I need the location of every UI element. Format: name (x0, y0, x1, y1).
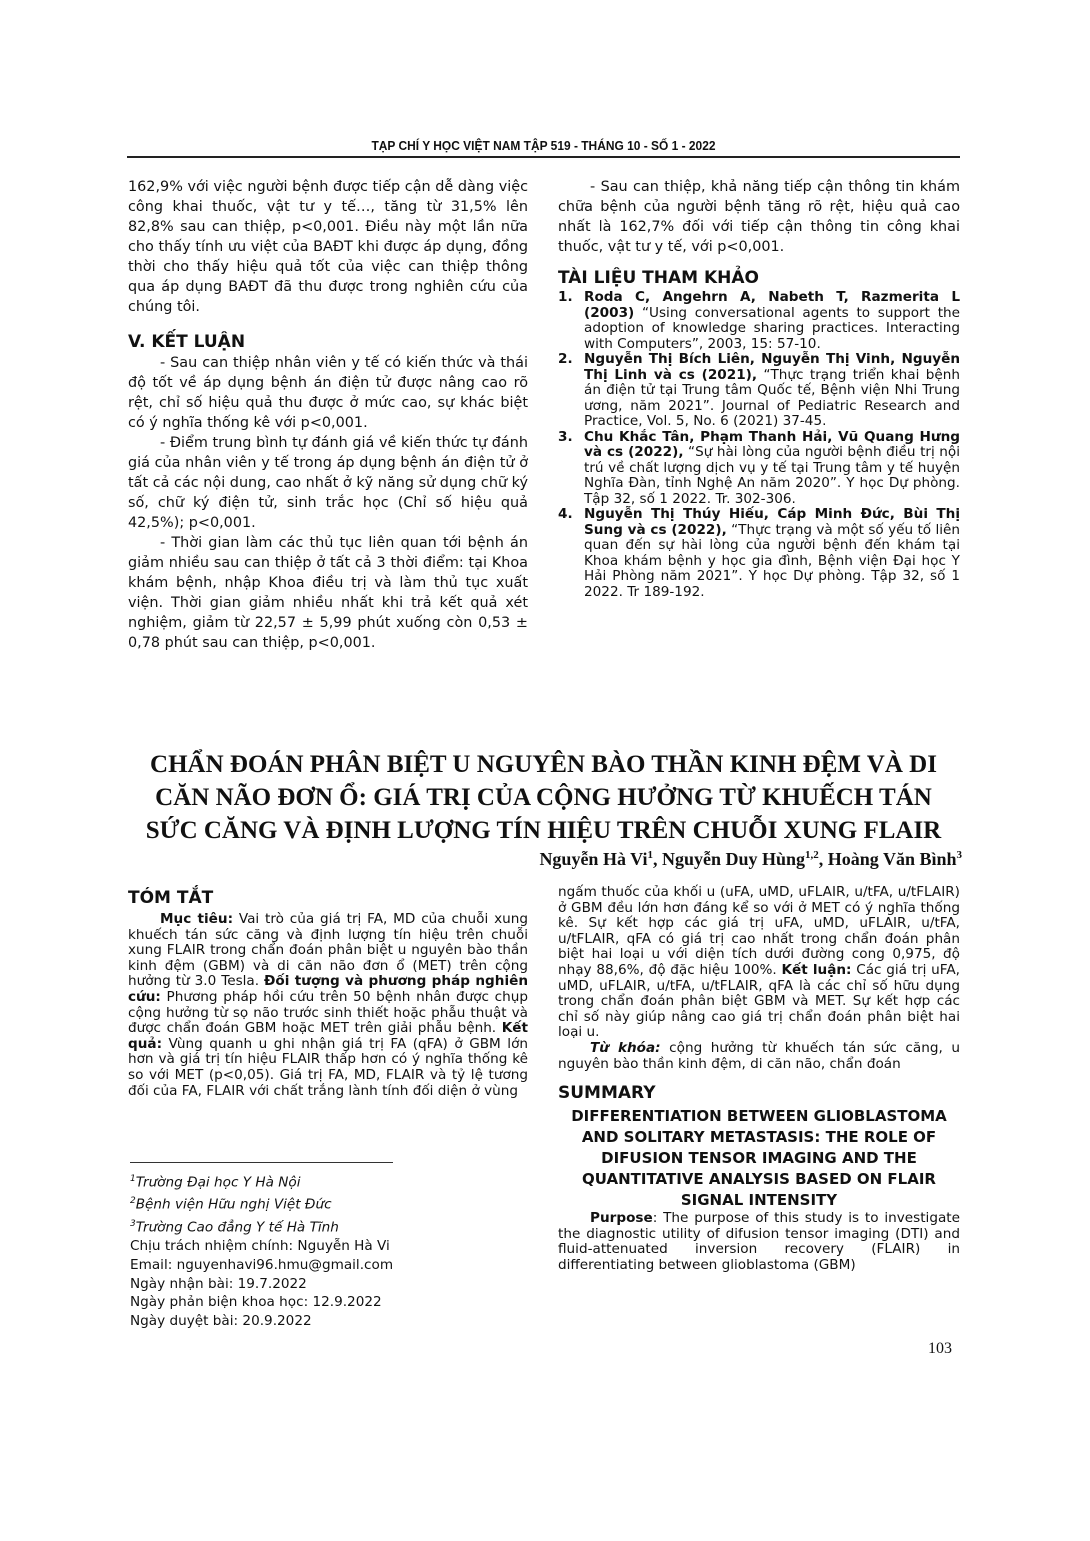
keywords-paragraph: Từ khóa: cộng hưởng từ khuếch tán sức că… (558, 1041, 960, 1072)
abstract-paragraph: Mục tiêu: Vai trò của giá trị FA, MD của… (128, 912, 528, 1099)
reference-item: 4.Nguyễn Thị Thúy Hiếu, Cáp Minh Đức, Bù… (558, 507, 960, 600)
reference-item: 1.Roda C, Angehrn A, Nabeth T, Razmerita… (558, 290, 960, 352)
upper-right-column: - Sau can thiệp, khả năng tiếp cận thông… (558, 177, 960, 600)
header-rule (127, 156, 960, 158)
reviewed-date: Ngày phản biện khoa học: 12.9.2022 (130, 1293, 530, 1312)
summary-purpose-paragraph: Purpose: The purpose of this study is to… (558, 1211, 960, 1273)
affiliation-marker: 3 (957, 849, 963, 861)
summary-heading: SUMMARY (558, 1082, 960, 1104)
article-title: CHẨN ĐOÁN PHÂN BIỆT U NGUYÊN BÀO THẦN KI… (127, 748, 960, 847)
affiliation-1: 1Trường Đại học Y Hà Nội (130, 1170, 530, 1192)
affiliation-3: 3Trường Cao đẳng Y tế Hà Tĩnh (130, 1215, 530, 1237)
references-list: 1.Roda C, Angehrn A, Nabeth T, Razmerita… (558, 290, 960, 600)
reference-item: 2.Nguyễn Thị Bích Liên, Nguyễn Thị Vinh,… (558, 352, 960, 430)
conclusion-paragraph-3: - Thời gian làm các thủ tục liên quan tớ… (128, 533, 528, 653)
journal-running-header: TẠP CHÍ Y HỌC VIỆT NAM TẬP 519 - THÁNG 1… (160, 138, 926, 153)
author-list: Nguyễn Hà Vi1, Nguyễn Duy Hùng1,2, Hoàng… (539, 849, 962, 870)
corresponding-author: Chịu trách nhiệm chính: Nguyễn Hà Vi (130, 1237, 530, 1256)
received-date: Ngày nhận bài: 19.7.2022 (130, 1275, 530, 1294)
abstract-continued-column: ngấm thuốc của khối u (uFA, uMD, uFLAIR,… (558, 885, 960, 1274)
abstract-continued-paragraph: ngấm thuốc của khối u (uFA, uMD, uFLAIR,… (558, 885, 960, 1041)
summary-title: DIFFERENTIATION BETWEEN GLIOBLASTOMA AND… (558, 1106, 960, 1211)
author-name: Nguyễn Hà Vi (539, 849, 647, 869)
affiliation-marker: 1,2 (805, 849, 819, 861)
page-number: 103 (928, 1340, 952, 1358)
conclusion-paragraph-4: - Sau can thiệp, khả năng tiếp cận thông… (558, 177, 960, 257)
footnotes: 1Trường Đại học Y Hà Nội 2Bệnh viện Hữu … (130, 1170, 530, 1331)
footnote-rule (130, 1162, 393, 1163)
abstract-vi-column: TÓM TẮT Mục tiêu: Vai trò của giá trị FA… (128, 887, 528, 1099)
upper-left-column: 162,9% với việc người bệnh được tiếp cận… (128, 177, 528, 653)
accepted-date: Ngày duyệt bài: 20.9.2022 (130, 1312, 530, 1331)
discussion-paragraph: 162,9% với việc người bệnh được tiếp cận… (128, 177, 528, 317)
reference-item: 3.Chu Khắc Tân, Phạm Thanh Hải, Vũ Quang… (558, 430, 960, 508)
references-heading: TÀI LIỆU THAM KHẢO (558, 267, 960, 289)
conclusion-heading: V. KẾT LUẬN (128, 331, 528, 353)
author-name: Nguyễn Duy Hùng (662, 849, 805, 869)
email-link[interactable]: Email: nguyenhavi96.hmu@gmail.com (130, 1256, 530, 1275)
abstract-heading: TÓM TẮT (128, 887, 528, 909)
conclusion-paragraph-1: - Sau can thiệp nhân viên y tế có kiến t… (128, 353, 528, 433)
author-name: Hoàng Văn Bình (828, 849, 957, 869)
affiliation-2: 2Bệnh viện Hữu nghị Việt Đức (130, 1192, 530, 1214)
conclusion-paragraph-2: - Điểm trung bình tự đánh giá về kiến th… (128, 433, 528, 533)
